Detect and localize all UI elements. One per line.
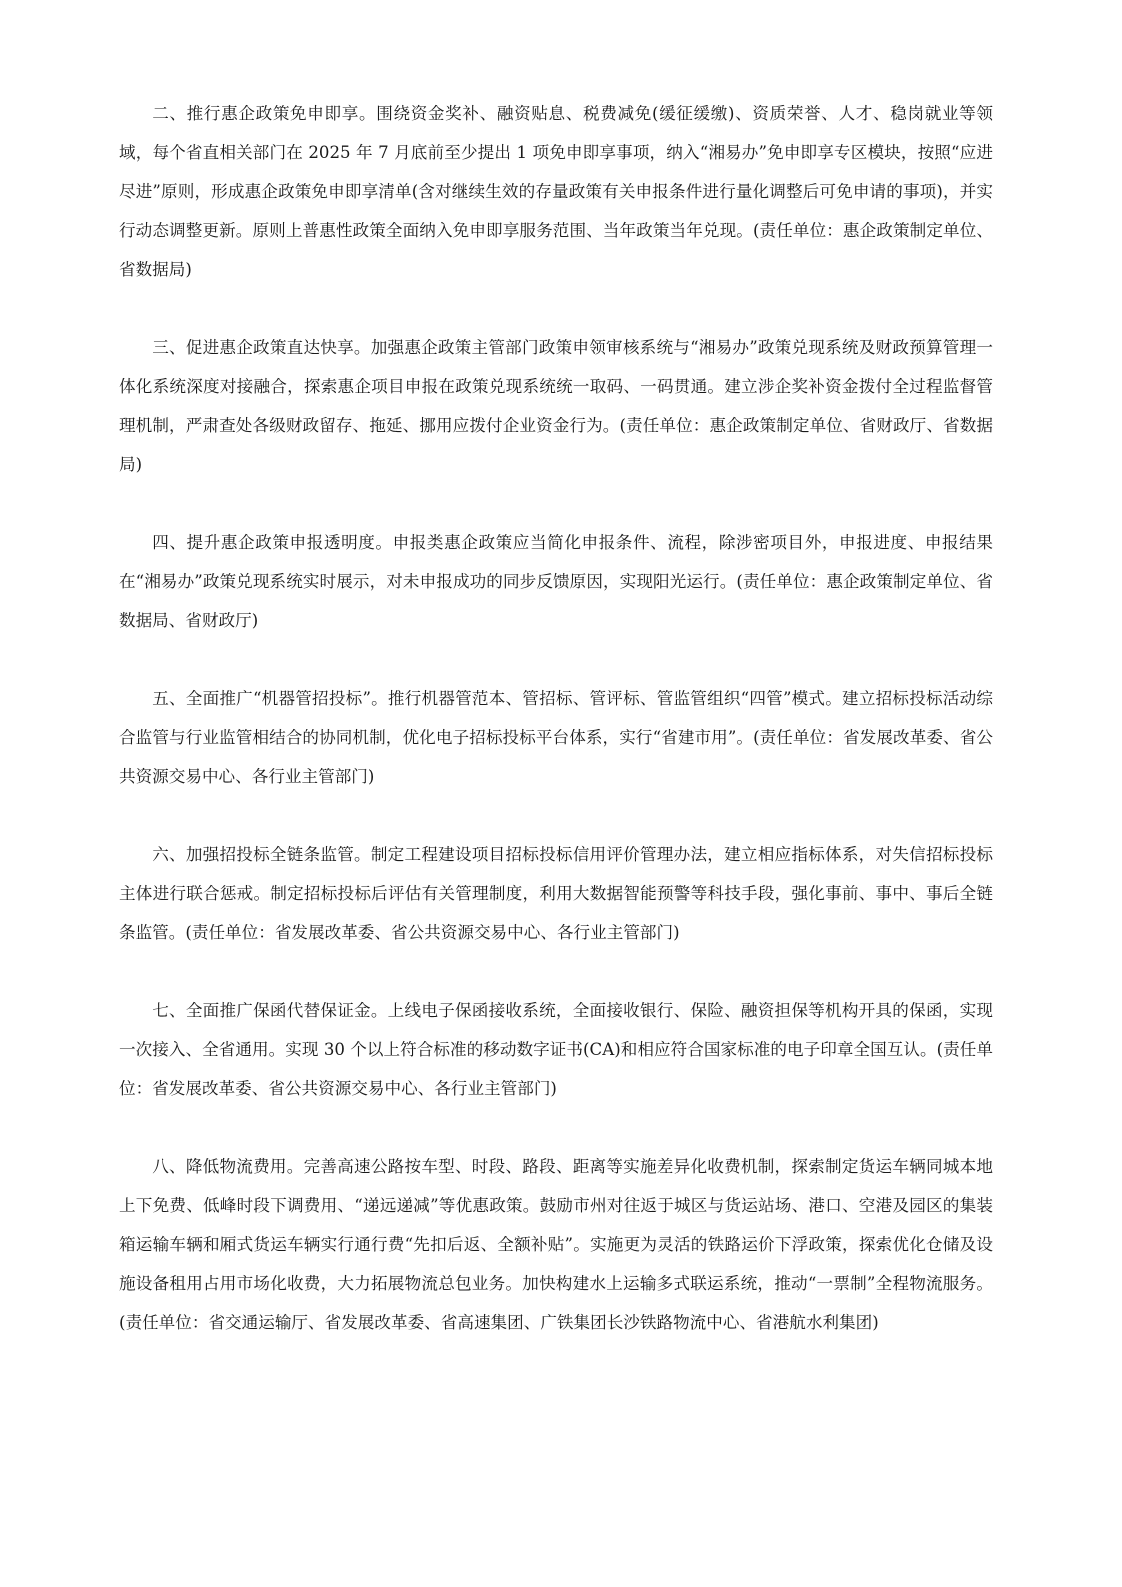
paragraph-item-5-machine-bidding: 五、全面推广“机器管招投标”。推行机器管范本、管招标、管评标、管监管组织“四管”…	[119, 679, 993, 796]
paragraph-item-6-bidding-supervision: 六、加强招投标全链条监管。制定工程建设项目招标投标信用评价管理办法，建立相应指标…	[119, 835, 993, 952]
document-page: 二、推行惠企政策免申即享。围绕资金奖补、融资贴息、税费减免(缓征缓缴)、资质荣誉…	[119, 94, 993, 1381]
paragraph-item-8-logistics-cost: 八、降低物流费用。完善高速公路按车型、时段、路段、距离等实施差异化收费机制，探索…	[119, 1147, 993, 1342]
paragraph-item-7-guarantee-letter: 七、全面推广保函代替保证金。上线电子保函接收系统，全面接收银行、保险、融资担保等…	[119, 991, 993, 1108]
paragraph-item-3-policy-direct: 三、促进惠企政策直达快享。加强惠企政策主管部门政策申领审核系统与“湘易办”政策兑…	[119, 328, 993, 484]
paragraph-item-4-policy-transparency: 四、提升惠企政策申报透明度。申报类惠企政策应当简化申报条件、流程，除涉密项目外，…	[119, 523, 993, 640]
paragraph-item-2-policy-exemption: 二、推行惠企政策免申即享。围绕资金奖补、融资贴息、税费减免(缓征缓缴)、资质荣誉…	[119, 94, 993, 289]
